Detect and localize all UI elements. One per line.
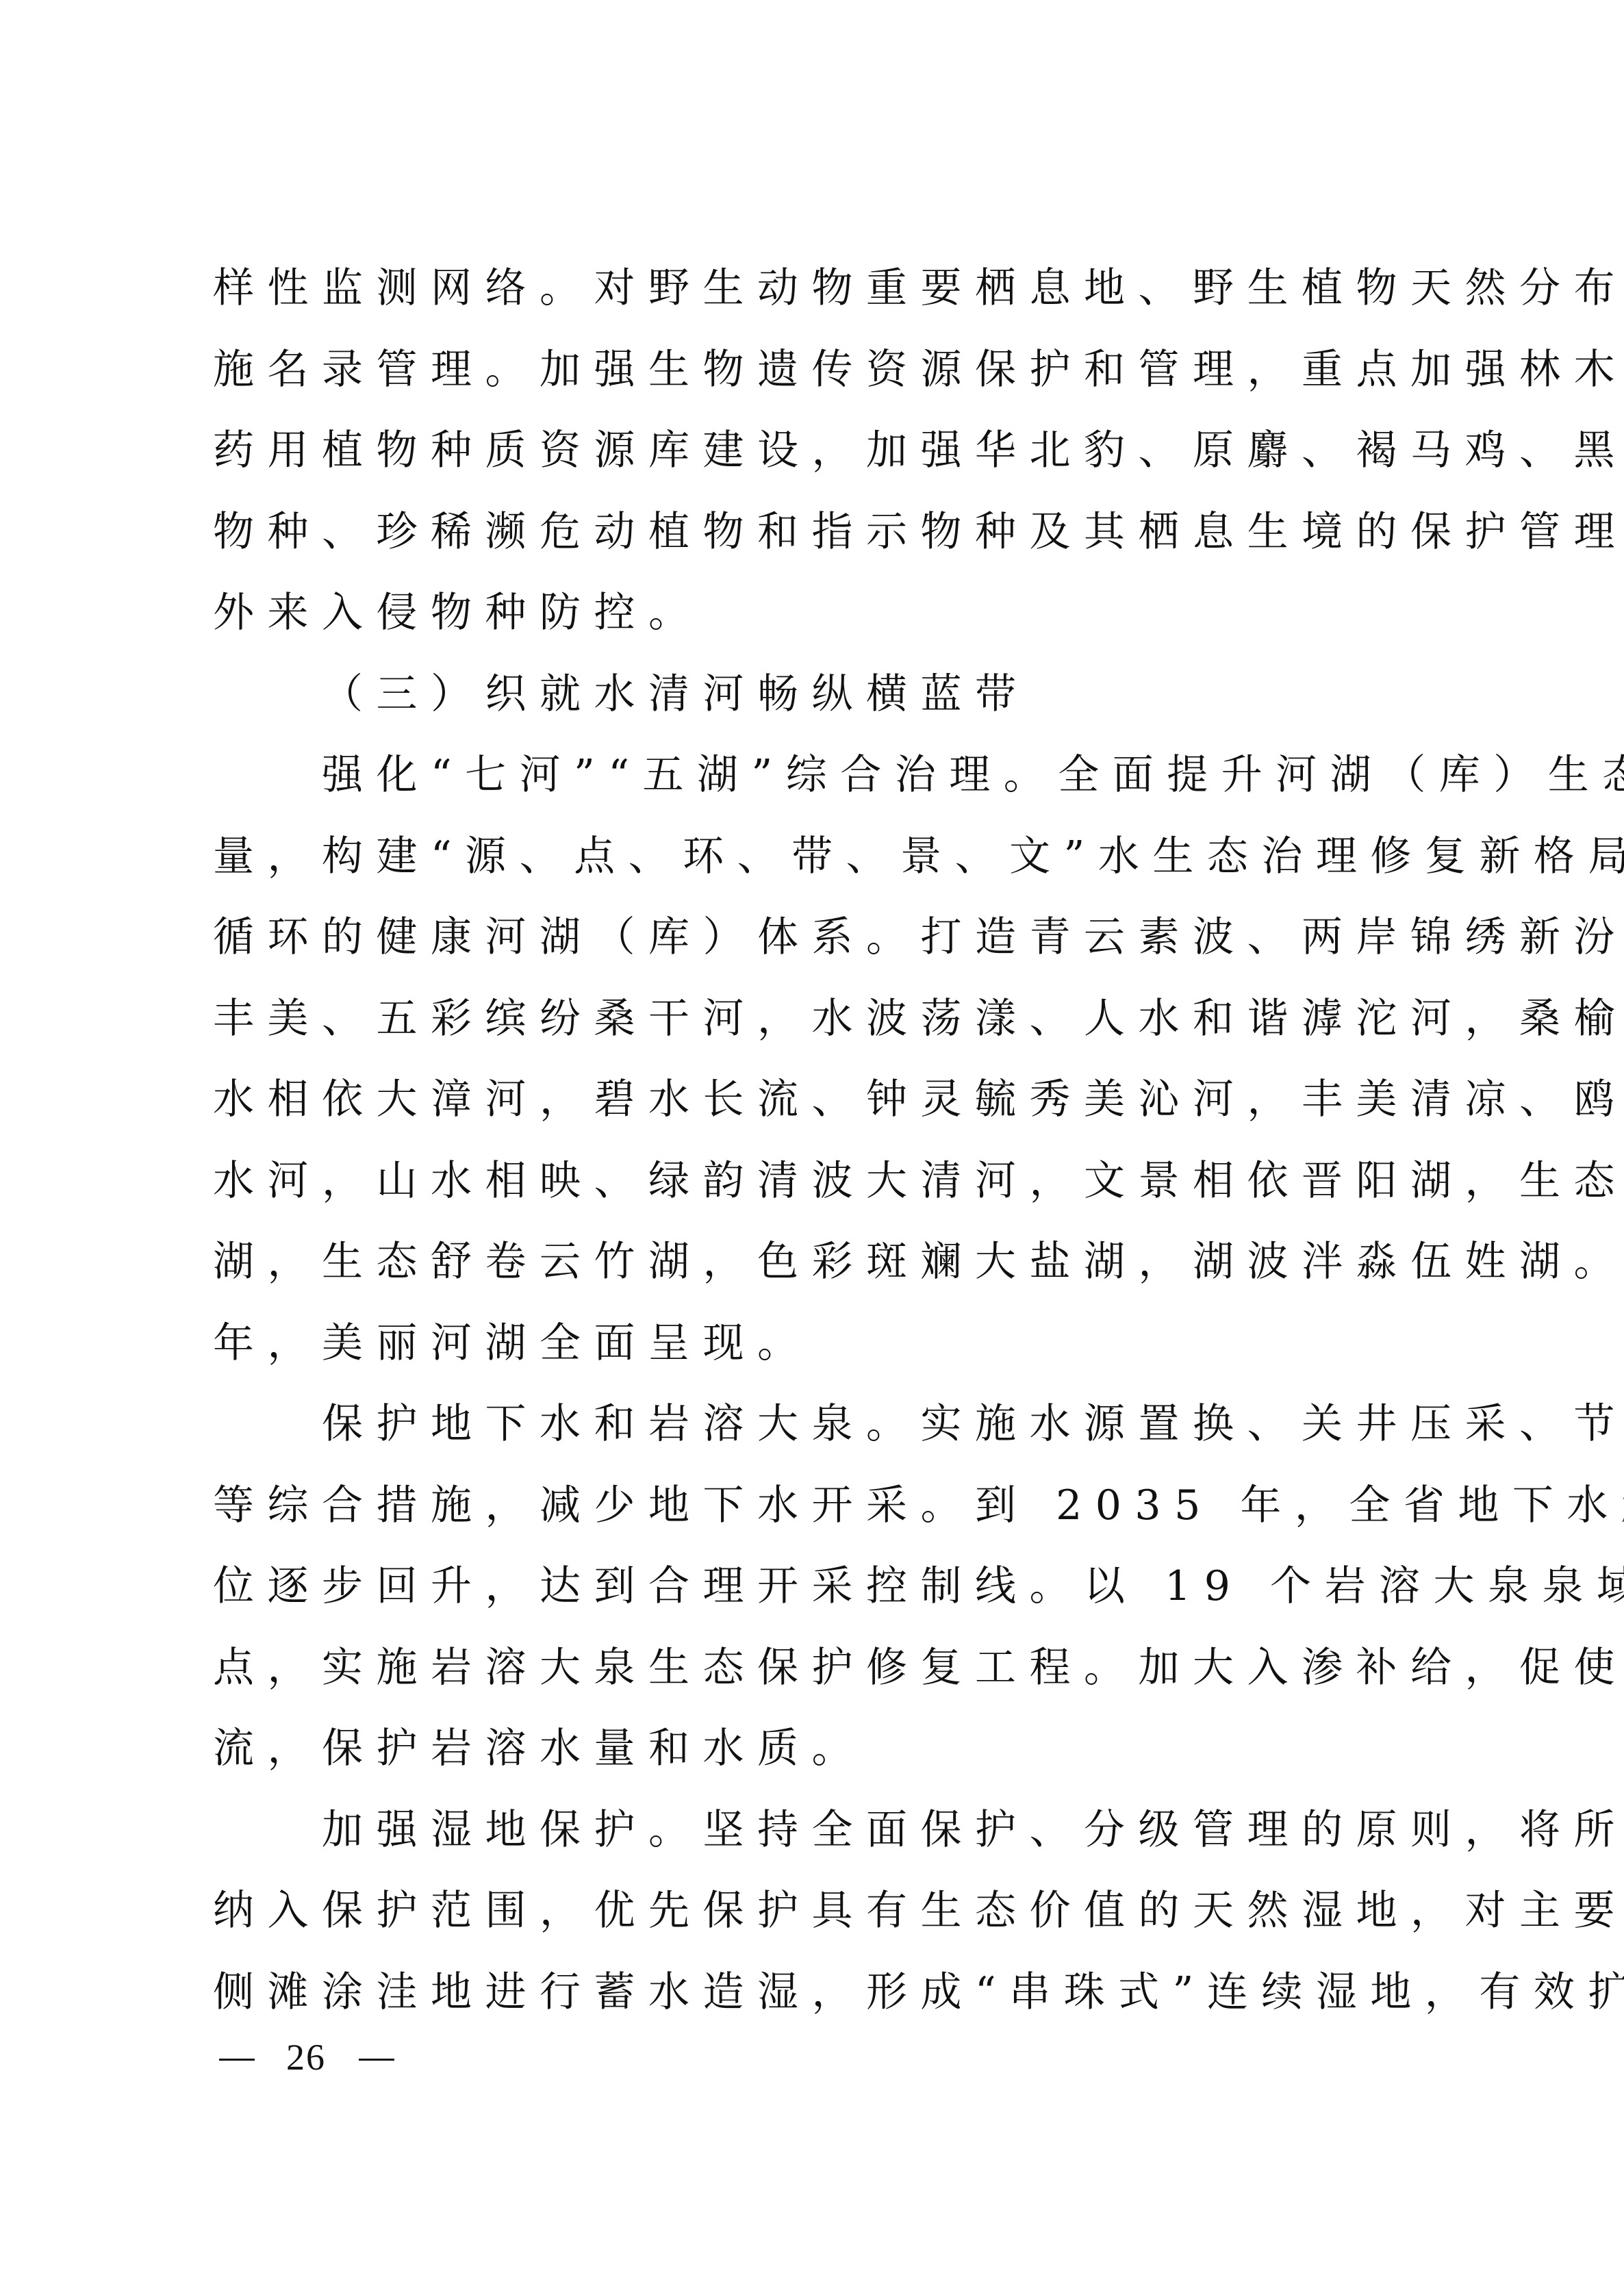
text-line: 外来入侵物种防控。 xyxy=(213,572,1418,654)
dash-left xyxy=(219,2059,255,2061)
text-line: 药用植物种质资源库建设，加强华北豹、原麝、褐马鸡、黑鹳等旗舰 xyxy=(213,410,1418,492)
paragraph-first-line: 加强湿地保护。坚持全面保护、分级管理的原则，将所有湿地 xyxy=(213,1790,1418,1871)
section-heading: （三）织就水清河畅纵横蓝带 xyxy=(213,654,1418,735)
paragraph-first-line: 强化“七河”“五湖”综合治理。全面提升河湖（库）生态环境质 xyxy=(213,735,1418,816)
text-line: 物种、珍稀濒危动植物和指示物种及其栖息生境的保护管理，严格 xyxy=(213,492,1418,573)
text-line: 水相依大漳河，碧水长流、钟灵毓秀美沁河，丰美清凉、鸥鹭齐飞涑 xyxy=(213,1059,1418,1141)
text-line: 流，保护岩溶水量和水质。 xyxy=(213,1708,1418,1790)
text-line: 位逐步回升，达到合理开采控制线。以 19 个岩溶大泉泉域为重 xyxy=(213,1546,1418,1627)
text-line: 样性监测网络。对野生动物重要栖息地、野生植物天然分布地实 xyxy=(213,248,1418,329)
text-line: 纳入保护范围，优先保护具有生态价值的天然湿地，对主要河流两 xyxy=(213,1870,1418,1952)
dash-right xyxy=(359,2059,394,2061)
text-line: 循环的健康河湖（库）体系。打造青云素波、两岸锦绣新汾河，水草 xyxy=(213,897,1418,978)
text-line: 湖，生态舒卷云竹湖，色彩斑斓大盐湖，湖波泮淼伍姓湖。到 2035 xyxy=(213,1221,1418,1303)
text-line: 侧滩涂洼地进行蓄水造湿，形成“串珠式”连续湿地，有效扩大湿地 xyxy=(213,1952,1418,2033)
text-line: 等综合措施，减少地下水开采。到 2035 年，全省地下水超采区水 xyxy=(213,1465,1418,1547)
document-page: 样性监测网络。对野生动物重要栖息地、野生植物天然分布地实 施名录管理。加强生物遗… xyxy=(213,248,1418,2033)
page-number: 26 xyxy=(286,2037,326,2078)
paragraph-first-line: 保护地下水和岩溶大泉。实施水源置换、关井压采、节约用水 xyxy=(213,1384,1418,1465)
text-line: 年，美丽河湖全面呈现。 xyxy=(213,1303,1418,1384)
text-line: 水河，山水相映、绿韵清波大清河，文景相依晋阳湖，生态格致漳泽 xyxy=(213,1141,1418,1222)
text-line: 施名录管理。加强生物遗传资源保护和管理，重点加强林木基地、 xyxy=(213,329,1418,411)
text-line: 量，构建“源、点、环、带、景、文”水生态治理修复新格局，建立良性 xyxy=(213,816,1418,898)
text-line: 丰美、五彩缤纷桑干河，水波荡漾、人水和谐滹沱河，桑榆汗漫、城 xyxy=(213,978,1418,1060)
page-footer: 26 xyxy=(219,2037,394,2078)
text-line: 点，实施岩溶大泉生态保护修复工程。加大入渗补给，促使泉水复 xyxy=(213,1627,1418,1709)
